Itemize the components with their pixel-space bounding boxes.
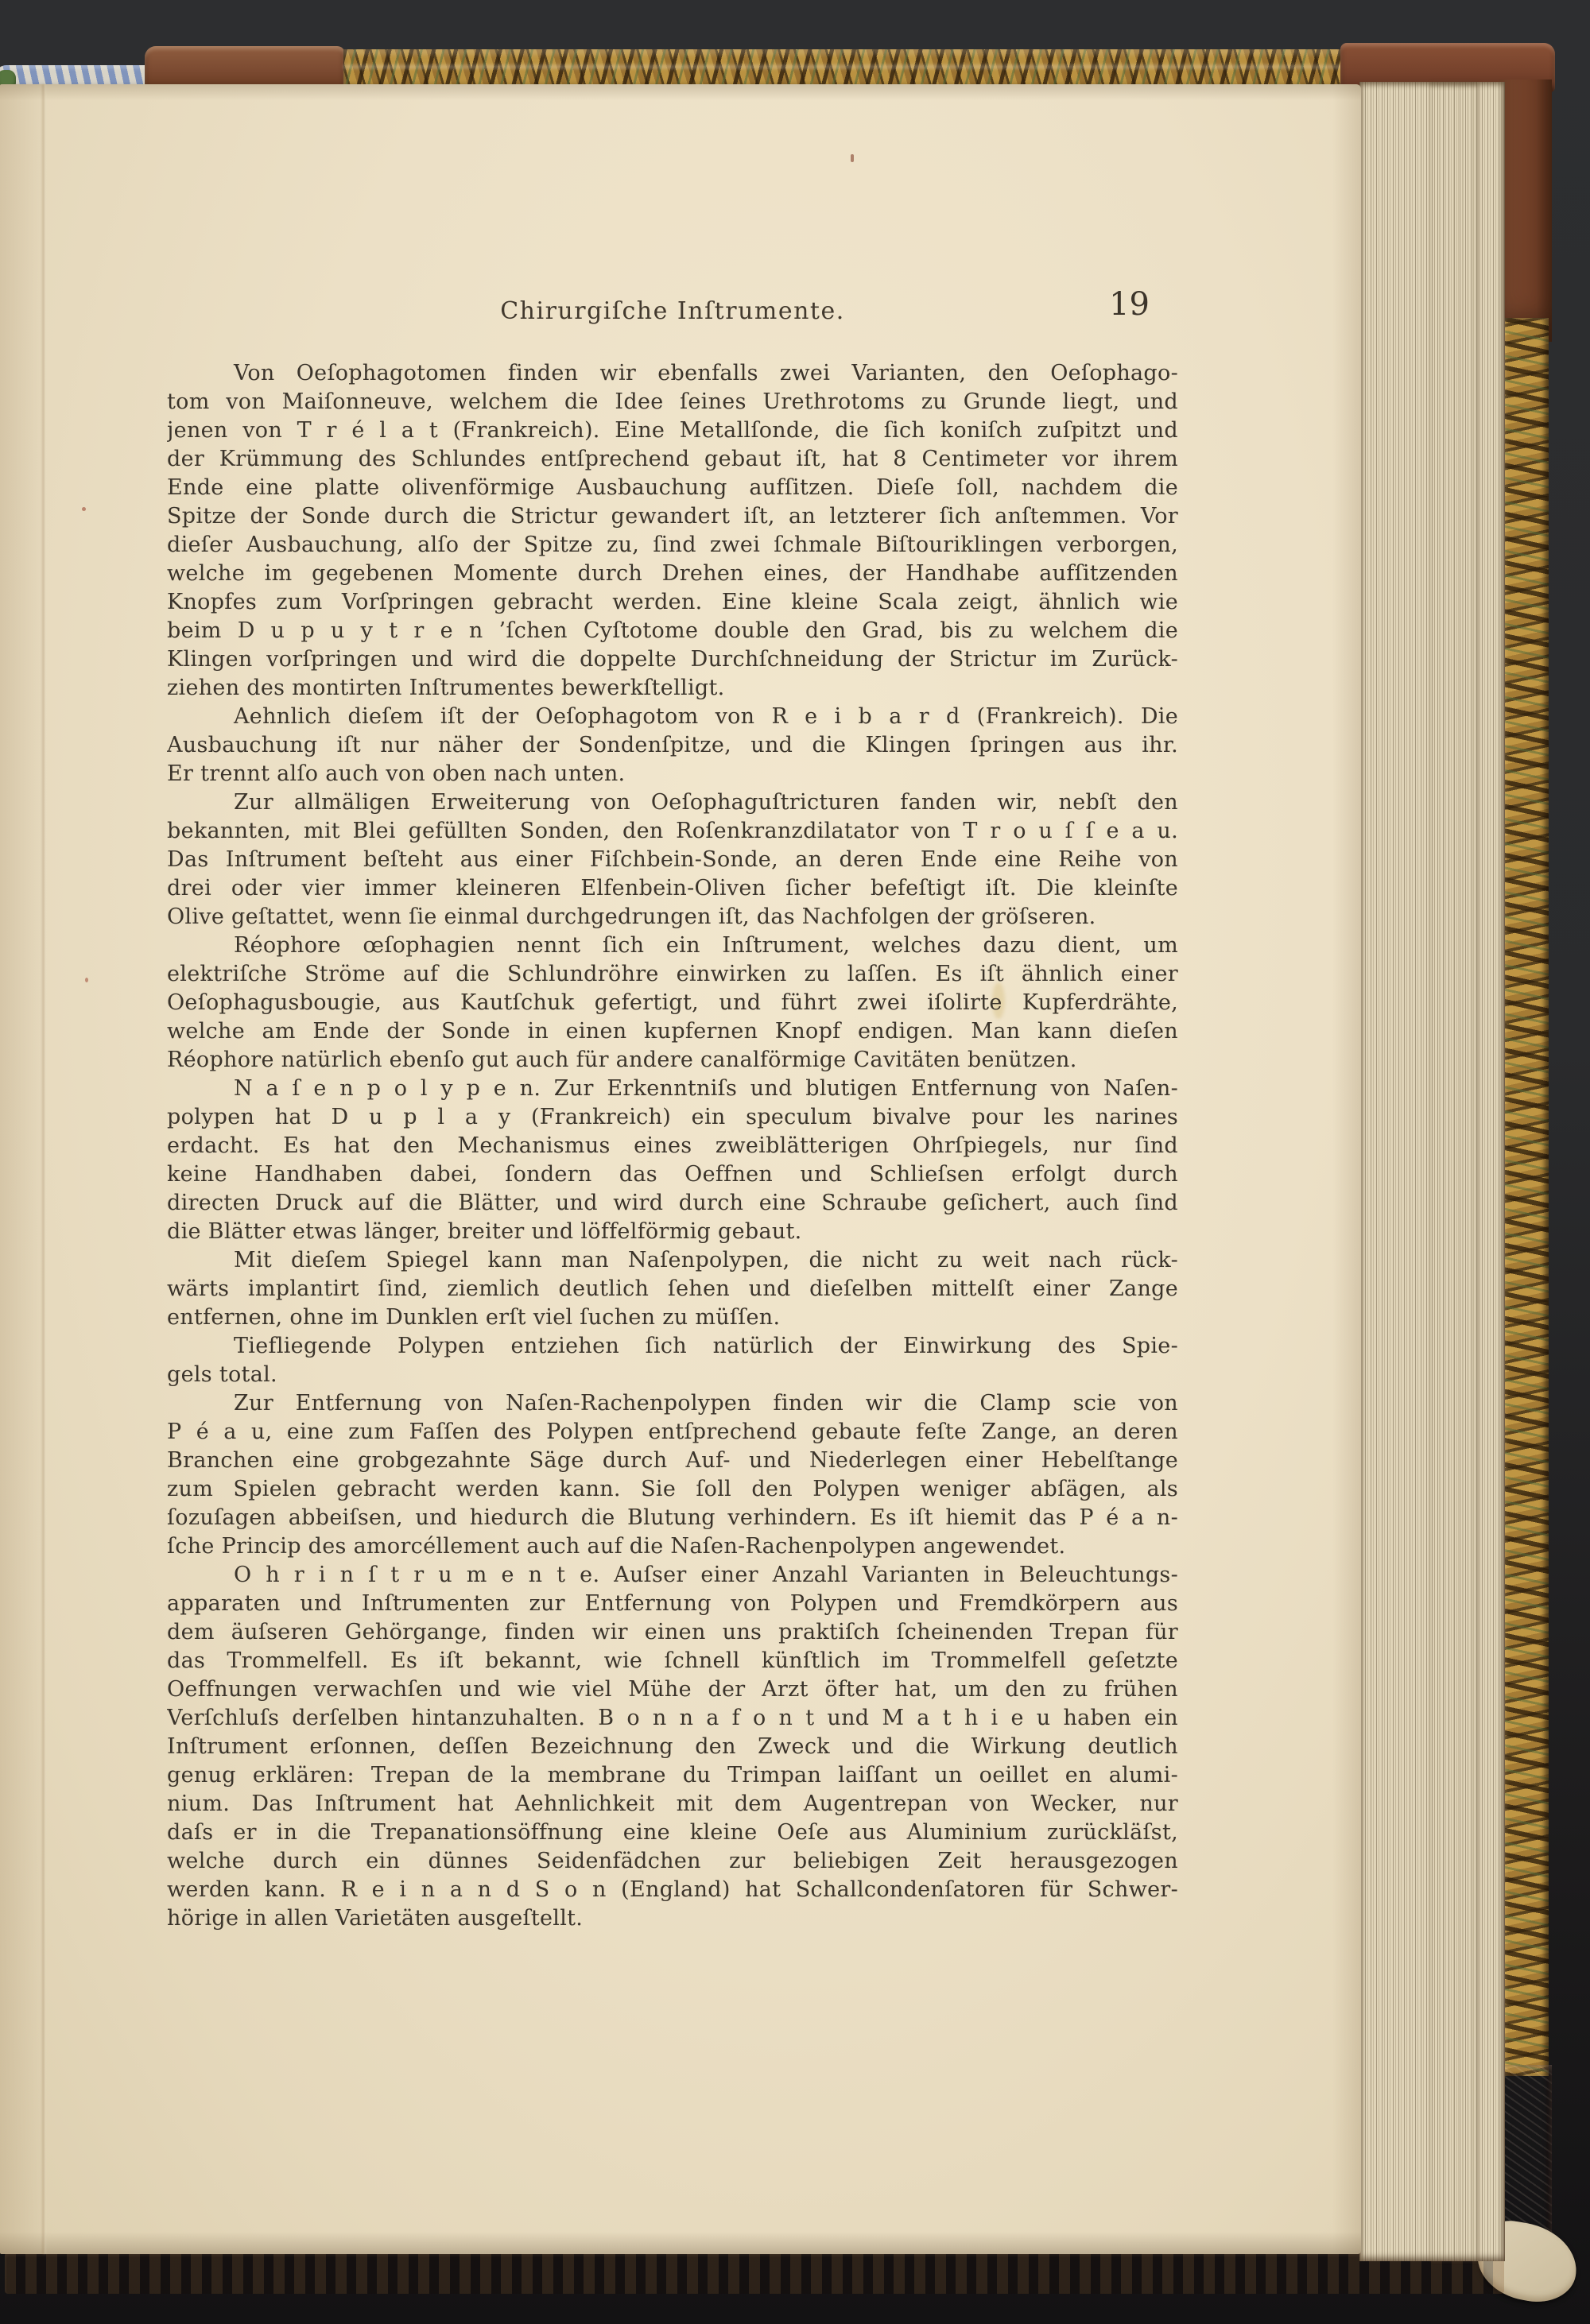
text-line: dieſer Ausbauchung, alſo der Spitze zu, … [167,531,1178,560]
text-line: keine Handhaben dabei, ſondern das Oeffn… [167,1160,1178,1189]
text-line: elektriſche Ströme auf die Schlundröhre … [167,960,1178,989]
fore-edge-protruding-page [1429,82,1477,2261]
text-line: drei oder vier immer kleineren Elfenbein… [167,874,1178,903]
text-line: entfernen, ohne im Dunklen erſt viel ſuc… [167,1303,1178,1332]
text-line: P é a u, eine zum Faſſen des Polypen ent… [167,1418,1178,1447]
text-line: ſche Princip des amorcéllement auch auf … [167,1532,1178,1561]
text-line: Réophore natürlich ebenſo gut auch für a… [167,1046,1178,1075]
text-line: Zur Entfernung von Naſen-Rachenpolypen f… [167,1389,1178,1418]
text-line: Aehnlich dieſem iſt der Oeſophagotom von… [167,703,1178,731]
text-line: bekannten, mit Blei gefüllten Sonden, de… [167,817,1178,846]
page-number: 19 [167,286,1178,323]
text-line: der Krümmung des Schlundes entſprechend … [167,445,1178,474]
text-line: Knopfes zum Vorſpringen gebracht werden.… [167,588,1178,617]
text-line: gels total. [167,1361,1178,1389]
text-line: Olive geſtattet, wenn ſie einmal durchge… [167,903,1178,932]
text-line: Das Inſtrument beſteht aus einer Fiſchbe… [167,846,1178,874]
text-line: dem äuſseren Gehörgange, finden wir eine… [167,1618,1178,1647]
text-line: welche am Ende der Sonde in einen kupfer… [167,1017,1178,1046]
text-line: welche durch ein dünnes Seidenfädchen zu… [167,1847,1178,1876]
text-line: Oeffnungen verwachſen und wie viel Mühe … [167,1675,1178,1704]
text-line: polypen hat D u p l a y (Frankreich) ein… [167,1103,1178,1132]
text-line: hörige in allen Varietäten ausgeſtellt. [167,1904,1178,1933]
text-line: Verſchluſs derſelben hintanzuhalten. B o… [167,1704,1178,1733]
text-line: Klingen vorſpringen und wird die doppelt… [167,645,1178,674]
leather-corner-top-right-side [1499,79,1552,342]
text-line: das Trommelfell. Es iſt bekannt, wie ſch… [167,1647,1178,1675]
text-line: werden kann. R e i n a n d S o n (Englan… [167,1876,1178,1904]
text-line: Spitze der Sonde durch die Strictur gewa… [167,502,1178,531]
paper-speck [851,154,854,162]
text-line: Inſtrument erſonnen, deſſen Bezeichnung … [167,1733,1178,1761]
marbled-edge-glint [343,65,1351,68]
text-line: directen Druck auf die Blätter, und wird… [167,1189,1178,1218]
text-line: Branchen eine grobgezahnte Säge durch Au… [167,1447,1178,1475]
text-line: Mit dieſem Spiegel kann man Naſenpolypen… [167,1246,1178,1275]
text-line: Ende eine platte olivenförmige Ausbauchu… [167,474,1178,502]
text-line: Réophore œſophagien nennt ſich ein Inſtr… [167,932,1178,960]
text-line: welche im gegebenen Momente durch Drehen… [167,560,1178,588]
text-line: erdacht. Es hat den Mechanismus eines zw… [167,1132,1178,1160]
text-line: O h r i n ſ t r u m e n t e. Auſser eine… [167,1561,1178,1590]
text-line: daſs er in die Trepanationsöffnung eine … [167,1819,1178,1847]
text-line: N a ſ e n p o l y p e n. Zur Erkenntniſs… [167,1075,1178,1103]
text-line: zum Spielen gebracht werden kann. Sie ſo… [167,1475,1178,1504]
text-line: genug erklären: Trepan de la membrane du… [167,1761,1178,1790]
gutter-crease [41,84,46,2254]
text-line: Zur allmäligen Erweiterung von Oeſophagu… [167,788,1178,817]
photographed-book-scene: Chirurgiſche Inſtrumente. 19 Von Oeſopha… [0,0,1590,2324]
text-line: Tiefliegende Polypen entziehen ſich natü… [167,1332,1178,1361]
paper-speck [85,978,88,982]
text-line: die Blätter etwas länger, breiter und lö… [167,1218,1178,1246]
text-block: Von Oeſophagotomen finden wir ebenfalls … [167,359,1178,1933]
text-line: Er trennt alſo auch von oben nach unten. [167,760,1178,788]
marbled-board-right-edge [1503,318,1549,2076]
text-line: tom von Maiſonneuve, welchem die Idee ſe… [167,388,1178,416]
text-line: Von Oeſophagotomen finden wir ebenfalls … [167,359,1178,388]
text-line: ziehen des montirten Inſtrumentes bewerk… [167,674,1178,703]
text-line: beim D u p u y t r e n ’ſchen Cyſtotome … [167,617,1178,645]
text-line: wärts implantirt ſind, ziemlich deutlich… [167,1275,1178,1303]
text-line: Ausbauchung iſt nur näher der Sondenſpit… [167,731,1178,760]
text-line: nium. Das Inſtrument hat Aehnlichkeit mi… [167,1790,1178,1819]
text-line: ſozuſagen abbeiſsen, und hiedurch die Bl… [167,1504,1178,1532]
board-bottom-edge [5,2252,1504,2294]
text-line: apparaten und Inſtrumenten zur Entfernun… [167,1590,1178,1618]
text-line: Oeſophagusbougie, aus Kautſchuk gefertig… [167,989,1178,1017]
text-line: jenen von T r é l a t (Frankreich). Eine… [167,416,1178,445]
paper-speck [82,507,86,511]
